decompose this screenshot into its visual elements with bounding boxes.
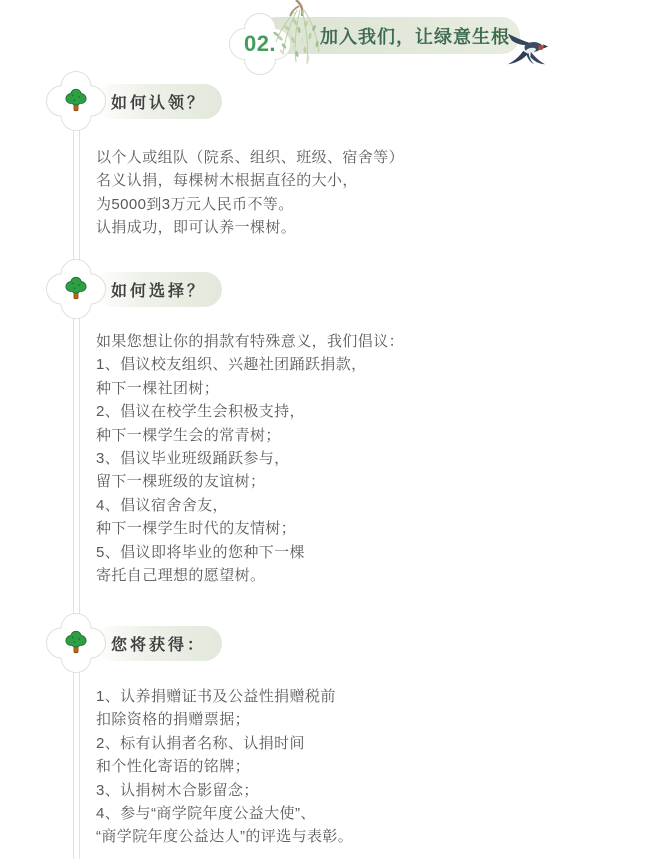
body-line: 如果您想让你的捐款有特殊意义，我们倡议：	[96, 330, 556, 353]
section-body: 如果您想让你的捐款有特殊意义，我们倡议： 1、倡议校友组织、兴趣社团踊跃捐款， …	[96, 330, 556, 587]
body-line: 种下一棵学生会的常青树；	[96, 424, 556, 447]
section-title-pill: 如何认领？	[94, 84, 222, 119]
body-line: 4、倡议宿舍舍友，	[96, 494, 556, 517]
body-line: 4、参与“商学院年度公益大使”、	[96, 802, 556, 825]
body-line: 2、倡议在校学生会积极支持，	[96, 400, 556, 423]
section-title: 如何认领？	[94, 90, 206, 113]
swallow-bird-icon	[506, 31, 548, 67]
article-page: 加入我们，让绿意生根 02.	[0, 0, 671, 859]
body-line: 认捐成功，即可认养一棵树。	[96, 216, 556, 239]
tree-icon	[63, 88, 89, 114]
section-title: 您将获得：	[94, 632, 206, 655]
body-line: 留下一棵班级的友谊树；	[96, 470, 556, 493]
timeline-connector	[73, 101, 80, 859]
body-line: 1、倡议校友组织、兴趣社团踊跃捐款，	[96, 353, 556, 376]
body-line: 5、倡议即将毕业的您种下一棵	[96, 541, 556, 564]
body-line: 3、倡议毕业班级踊跃参与，	[96, 447, 556, 470]
tree-icon	[63, 276, 89, 302]
section-title-pill: 您将获得：	[94, 626, 222, 661]
body-line: 1、认养捐赠证书及公益性捐赠税前	[96, 685, 556, 708]
body-line: 为5000到3万元人民币不等。	[96, 193, 556, 216]
section-number: 02.	[244, 31, 276, 57]
section-body: 1、认养捐赠证书及公益性捐赠税前 扣除资格的捐赠票据； 2、标有认捐者名称、认捐…	[96, 685, 556, 849]
section-title-pill: 如何选择？	[94, 272, 222, 307]
section-badge	[46, 259, 106, 319]
tree-icon	[63, 630, 89, 656]
section-body: 以个人或组队（院系、组织、班级、宿舍等） 名义认捐，每棵树木根据直径的大小， 为…	[96, 146, 556, 240]
body-line: 种下一棵学生时代的友情树；	[96, 517, 556, 540]
header-title-pill: 加入我们，让绿意生根	[258, 17, 520, 54]
body-line: 寄托自己理想的愿望树。	[96, 564, 556, 587]
body-line: 扣除资格的捐赠票据；	[96, 708, 556, 731]
section-badge	[46, 613, 106, 673]
body-line: 3、认捐树木合影留念；	[96, 779, 556, 802]
section-badge	[46, 71, 106, 131]
section-title: 如何选择？	[94, 278, 206, 301]
body-line: 以个人或组队（院系、组织、班级、宿舍等）	[96, 146, 556, 169]
body-line: 2、标有认捐者名称、认捐时间	[96, 732, 556, 755]
section-number-badge: 02.	[229, 13, 291, 75]
body-line: “商学院年度公益达人”的评选与表彰。	[96, 825, 556, 848]
body-line: 和个性化寄语的铭牌；	[96, 755, 556, 778]
body-line: 种下一棵社团树；	[96, 377, 556, 400]
header-title: 加入我们，让绿意生根	[258, 23, 510, 49]
body-line: 名义认捐，每棵树木根据直径的大小，	[96, 169, 556, 192]
